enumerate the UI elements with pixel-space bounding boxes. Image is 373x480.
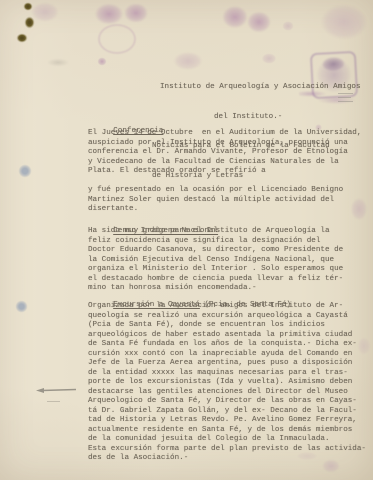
ink-stain bbox=[28, 0, 62, 24]
ink-stain-ring bbox=[98, 24, 136, 54]
corner-mark-icon bbox=[24, 16, 35, 29]
paragraph: y fué presentado en la ocasión por el Li… bbox=[88, 186, 343, 215]
punch-hole bbox=[15, 300, 28, 313]
paragraph: Organizada por la Asociación amigos del … bbox=[88, 302, 366, 464]
ink-stain bbox=[243, 8, 275, 36]
ink-stain bbox=[315, 0, 373, 44]
paragraph: Ha sido muy grato para el Instituto de A… bbox=[88, 227, 343, 294]
ink-stain bbox=[90, 0, 128, 28]
pencil-dash bbox=[47, 401, 60, 402]
ink-stain bbox=[218, 2, 252, 32]
corner-mark-icon bbox=[16, 33, 28, 43]
corner-mark-icon bbox=[23, 2, 33, 11]
ink-stain bbox=[120, 0, 152, 26]
document-page: Instituto de Arqueología y Asociación Am… bbox=[0, 0, 373, 480]
ink-stain bbox=[281, 20, 295, 32]
header-line: Instituto de Arqueología y Asociación Am… bbox=[160, 82, 361, 93]
header-line: del Instituto.- bbox=[214, 112, 361, 123]
paragraph: El Jueves 14 de Octubre en el Auditorium… bbox=[88, 129, 361, 177]
punch-hole bbox=[18, 164, 32, 178]
pencil-scribble bbox=[46, 56, 76, 69]
left-arrow-icon bbox=[36, 387, 76, 394]
ink-stain bbox=[96, 56, 108, 67]
